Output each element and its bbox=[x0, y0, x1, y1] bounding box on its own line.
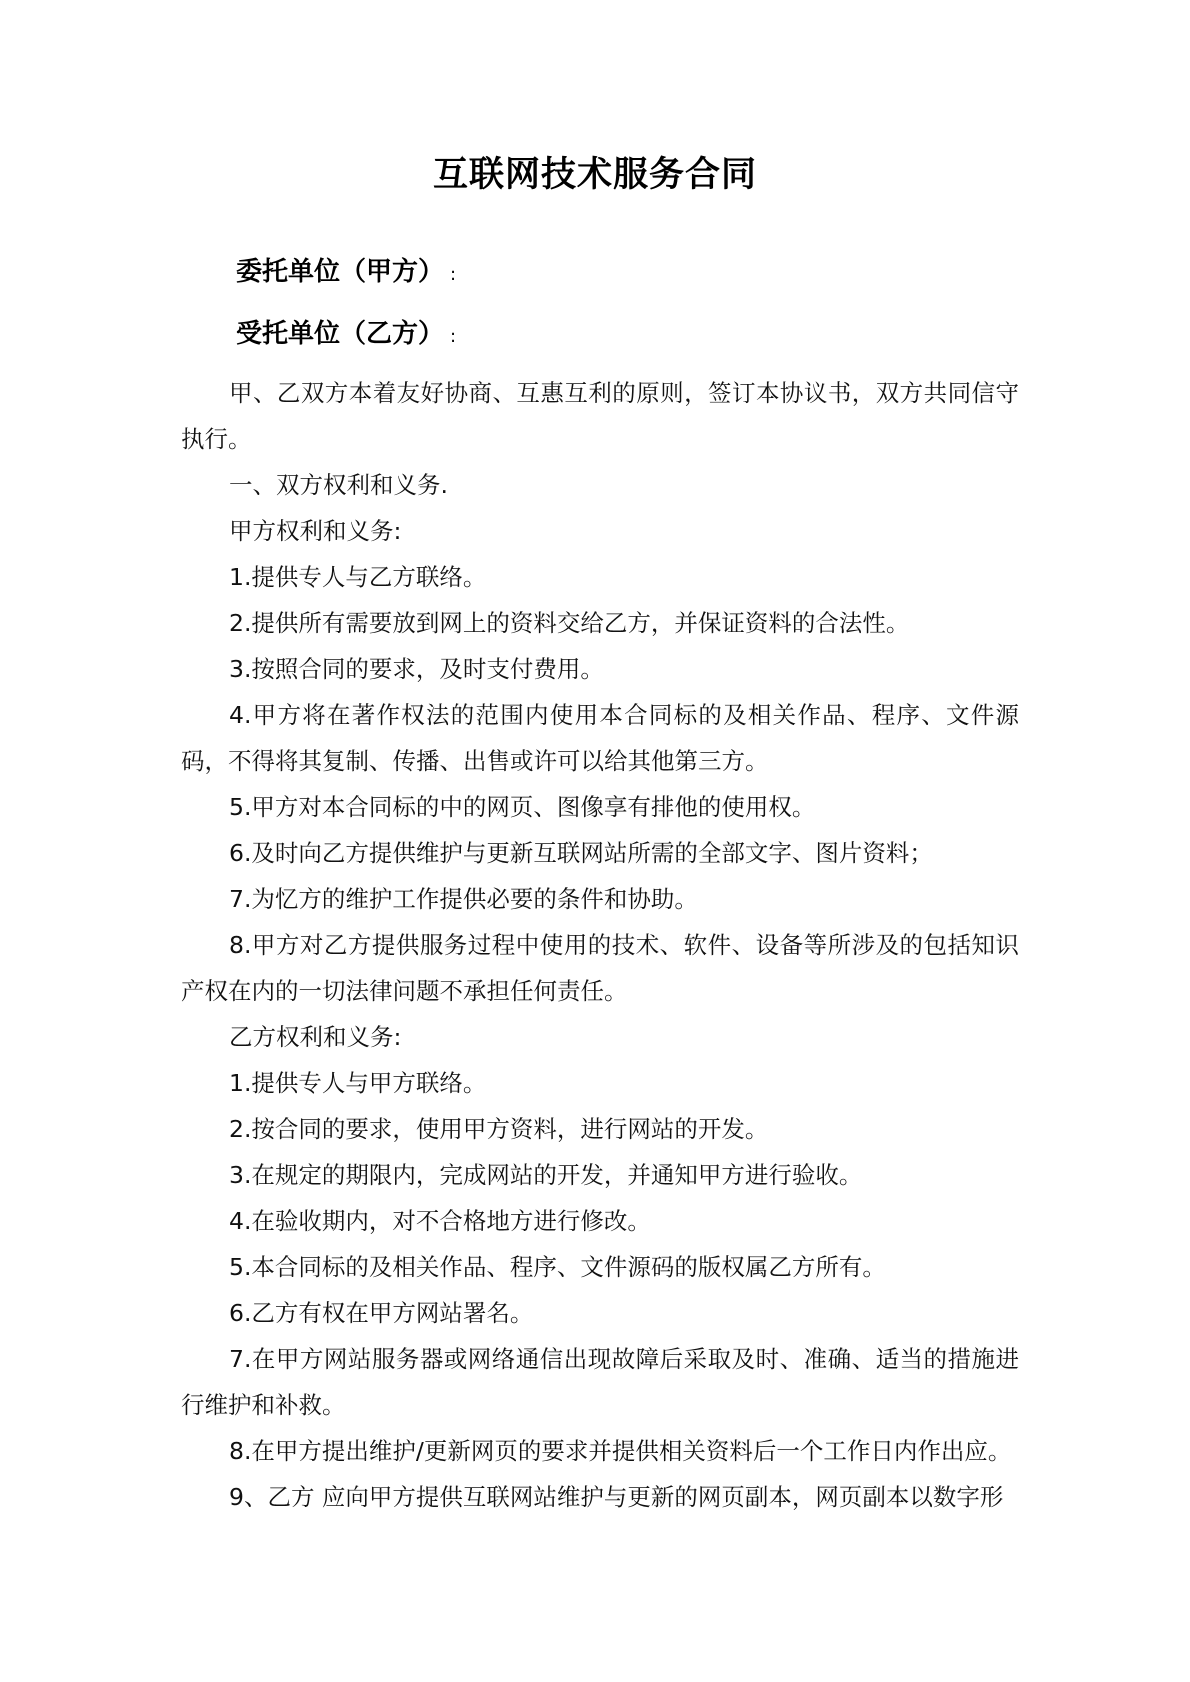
contractor-party-label: 受托单位（乙方） bbox=[236, 319, 444, 349]
client-party-colon: : bbox=[450, 264, 456, 285]
party-b-item: 5.本合同标的及相关作品、程序、文件源码的版权属乙方所有。 bbox=[181, 1244, 1019, 1290]
party-b-item: 7.在甲方网站服务器或网络通信出现故障后采取及时、准确、适当的措施进行维护和补救… bbox=[181, 1336, 1019, 1428]
party-b-item: 2.按合同的要求，使用甲方资料，进行网站的开发。 bbox=[181, 1106, 1019, 1152]
party-b-item: 4.在验收期内，对不合格地方进行修改。 bbox=[181, 1198, 1019, 1244]
party-b-item: 9、乙方 应向甲方提供互联网站维护与更新的网页副本，网页副本以数字形 bbox=[181, 1474, 1019, 1520]
party-a-item: 1.提供专人与乙方联络。 bbox=[181, 554, 1019, 600]
party-b-item: 8.在甲方提出维护/更新网页的要求并提供相关资料后一个工作日内作出应。 bbox=[181, 1428, 1019, 1474]
contractor-party-colon: : bbox=[450, 326, 456, 347]
client-party-line: 委托单位（甲方）: bbox=[236, 252, 456, 295]
party-a-item: 3.按照合同的要求，及时支付费用。 bbox=[181, 646, 1019, 692]
document-title: 互联网技术服务合同 bbox=[0, 150, 1190, 200]
party-b-item: 3.在规定的期限内，完成网站的开发，并通知甲方进行验收。 bbox=[181, 1152, 1019, 1198]
contract-body: 甲、乙双方本着友好协商、互惠互利的原则，签订本协议书，双方共同信守执行。 一、双… bbox=[181, 370, 1019, 1520]
party-b-item: 6.乙方有权在甲方网站署名。 bbox=[181, 1290, 1019, 1336]
section-heading-rights-obligations: 一、双方权利和义务. bbox=[181, 462, 1019, 508]
intro-paragraph: 甲、乙双方本着友好协商、互惠互利的原则，签订本协议书，双方共同信守执行。 bbox=[181, 370, 1019, 462]
party-a-item: 8.甲方对乙方提供服务过程中使用的技术、软件、设备等所涉及的包括知识产权在内的一… bbox=[181, 922, 1019, 1014]
contractor-party-line: 受托单位（乙方）: bbox=[236, 314, 456, 357]
party-a-item: 4.甲方将在著作权法的范围内使用本合同标的及相关作品、程序、文件源码，不得将其复… bbox=[181, 692, 1019, 784]
party-b-heading: 乙方权利和义务: bbox=[181, 1014, 1019, 1060]
client-party-label: 委托单位（甲方） bbox=[236, 257, 444, 287]
party-a-heading: 甲方权利和义务: bbox=[181, 508, 1019, 554]
party-a-item: 7.为忆方的维护工作提供必要的条件和协助。 bbox=[181, 876, 1019, 922]
party-a-item: 2.提供所有需要放到网上的资料交给乙方，并保证资料的合法性。 bbox=[181, 600, 1019, 646]
document-page: 互联网技术服务合同 委托单位（甲方）: 受托单位（乙方）: 甲、乙双方本着友好协… bbox=[0, 0, 1190, 1682]
party-a-item: 5.甲方对本合同标的中的网页、图像享有排他的使用权。 bbox=[181, 784, 1019, 830]
party-a-item: 6.及时向乙方提供维护与更新互联网站所需的全部文字、图片资料； bbox=[181, 830, 1019, 876]
party-b-item: 1.提供专人与甲方联络。 bbox=[181, 1060, 1019, 1106]
